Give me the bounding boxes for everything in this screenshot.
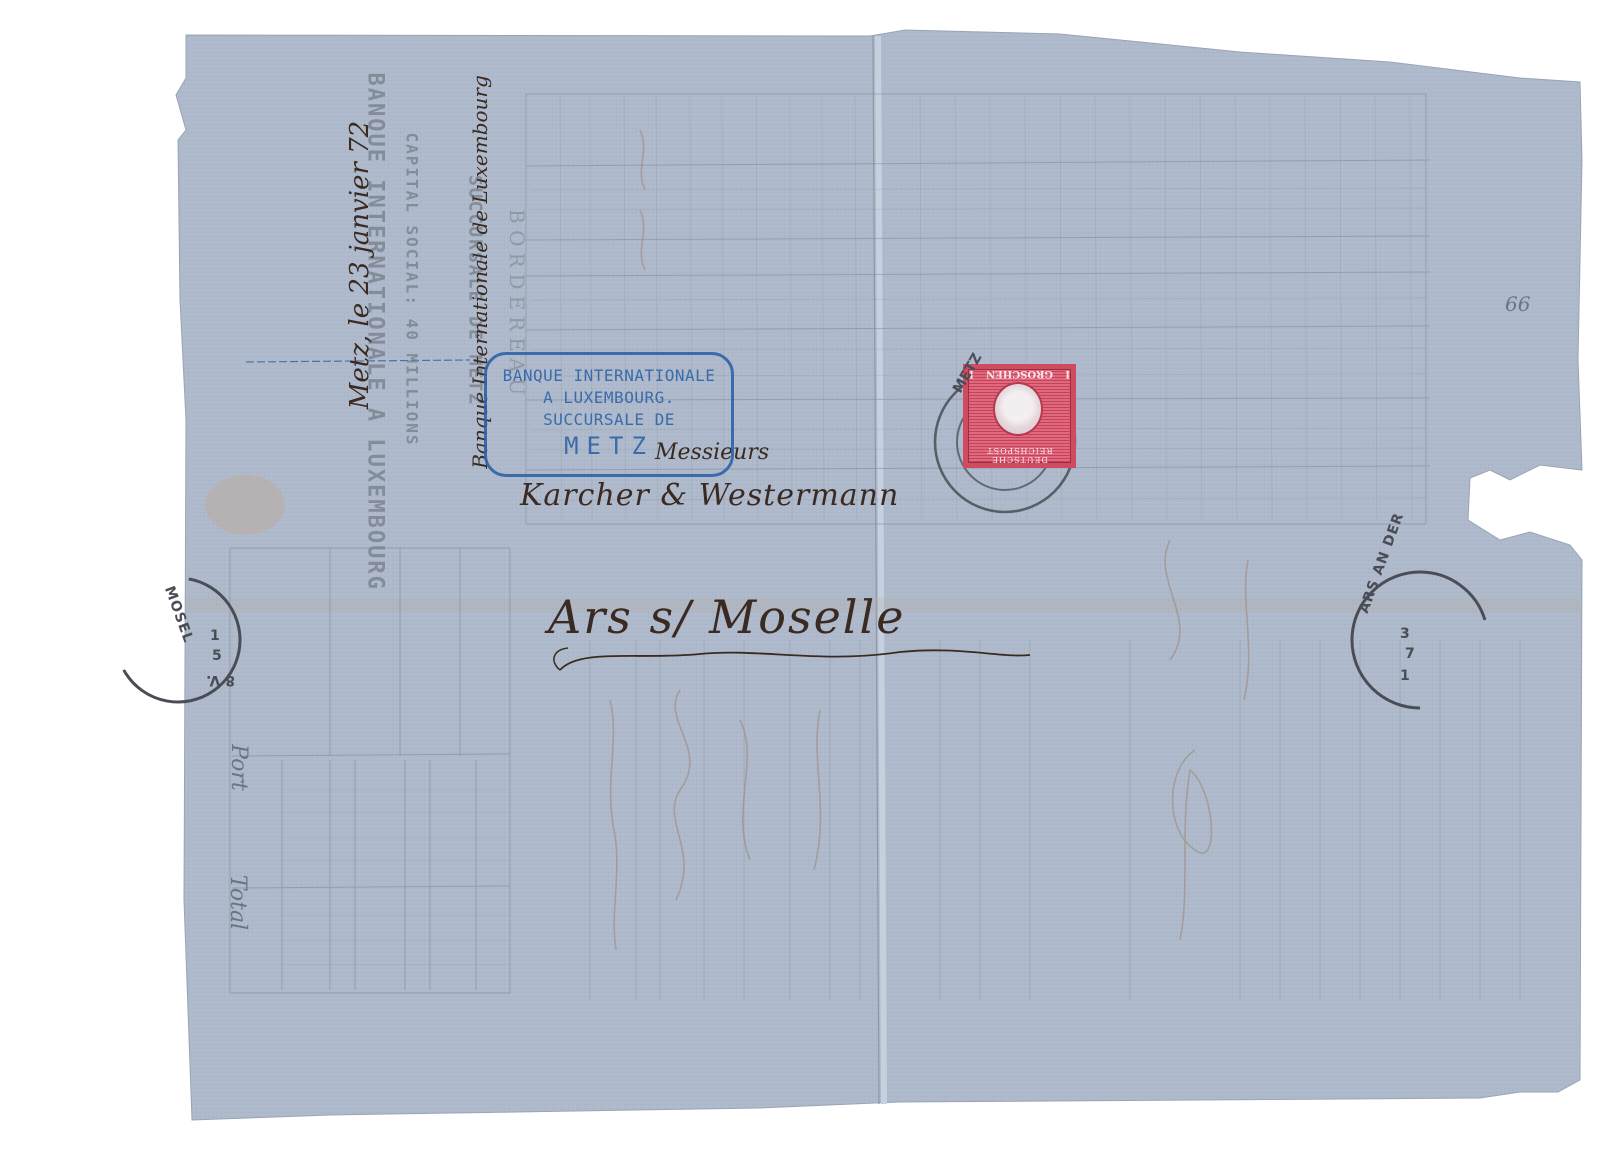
cachet-line-1: BANQUE INTERNATIONALE xyxy=(487,365,731,387)
ars-postmark-day: 3 xyxy=(1400,626,1410,642)
scanned-document: BANQUE INTERNATIONALE A LUXEMBOURG CAPIT… xyxy=(0,0,1600,1163)
mosel-postmark-day: 1 xyxy=(210,628,220,644)
cachet-line-2: A LUXEMBOURG. xyxy=(487,387,731,409)
stamp-denomination: I GROSCHEN I xyxy=(969,368,1070,379)
form-title: BORDEREAU xyxy=(505,209,529,339)
handwritten-date: Metz, le 23 janvier 72 xyxy=(345,35,375,495)
ars-postmark-month: 7 xyxy=(1405,646,1415,662)
handwritten-city: Ars s/ Moselle xyxy=(548,590,905,644)
stamp-inscription: DEUTSCHE REICHSPOST xyxy=(969,446,1070,464)
bank-cachet-stamp: BANQUE INTERNATIONALE A LUXEMBOURG. SUCC… xyxy=(484,352,734,477)
letterhead-capital: CAPITAL SOCIAL: 40 MILLIONS xyxy=(403,90,422,490)
pencil-number: 66 xyxy=(1505,292,1530,316)
column-heading-port: Port xyxy=(226,744,251,791)
mosel-postmark-time: 8 V. xyxy=(206,672,235,688)
ars-postmark-time: 1 xyxy=(1400,668,1410,684)
handwritten-addressee: Karcher & Westermann xyxy=(520,478,899,513)
postage-stamp: I GROSCHEN I DEUTSCHE REICHSPOST xyxy=(963,364,1076,468)
eagle-emblem-icon xyxy=(993,382,1043,436)
column-heading-total: Total xyxy=(225,875,250,930)
cachet-line-3: SUCCURSALE DE xyxy=(487,409,731,431)
paper-sheet xyxy=(0,0,1600,1163)
cachet-line-4: METZ xyxy=(487,431,731,461)
mosel-postmark-month: 5 xyxy=(212,648,222,664)
